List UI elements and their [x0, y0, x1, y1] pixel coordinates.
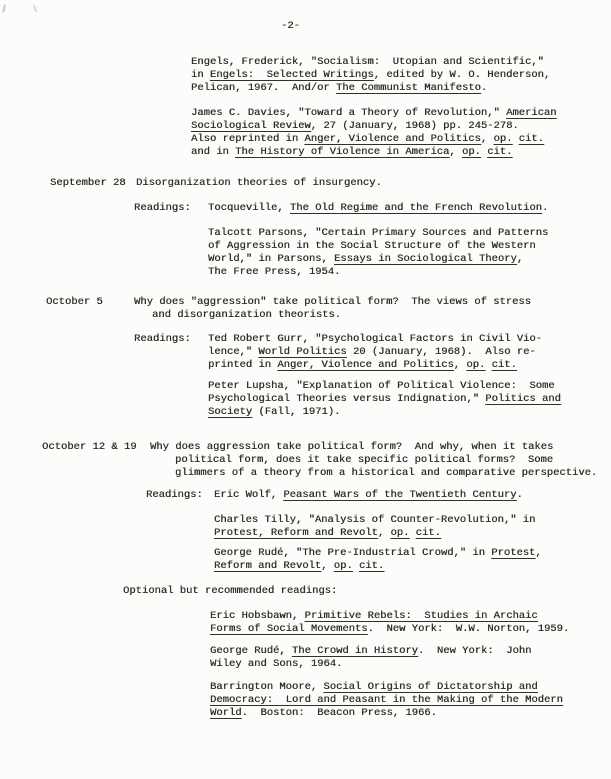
text-line: in Engels: Selected Writings, edited by …: [191, 69, 550, 82]
text-segment: .: [516, 489, 522, 501]
page-number: -2-: [281, 20, 300, 33]
underlined-title: Essays in Sociological Theory: [334, 253, 517, 265]
text-segment: . Boston: Beacon Press, 1966.: [242, 707, 437, 719]
underlined-title: The Old Regime and the French Revolution: [290, 202, 542, 214]
text-line: Pelican, 1967. And/or The Communist Mani…: [191, 82, 550, 95]
underlined-title: cit.: [416, 527, 441, 539]
underlined-title: cit.: [359, 560, 384, 572]
underlined-title: op.: [466, 359, 485, 371]
text-segment: Ted Robert Gurr, "Psychological Factors …: [208, 333, 542, 345]
text-line: glimmers of a theory from a historical a…: [150, 467, 597, 480]
text-line: James C. Davies, "Toward a Theory of Rev…: [191, 107, 556, 120]
text-line: September 28: [50, 177, 126, 190]
underlined-title: American: [506, 107, 556, 119]
text-segment: George Rudé,: [210, 645, 292, 657]
underlined-title: op.: [390, 527, 409, 539]
text-line: Psychological Theories versus Indignatio…: [208, 393, 561, 406]
text-segment: Pelican, 1967. And/or: [191, 82, 336, 94]
underlined-title: The Crowd in History: [292, 645, 418, 657]
text-line: George Rudé, The Crowd in History. New Y…: [210, 645, 531, 658]
text-line: Why does aggression take political form?…: [150, 441, 597, 454]
underlined-title: Society: [208, 406, 252, 418]
text-segment: political form, does it take specific po…: [175, 454, 553, 466]
text-segment: ,: [378, 527, 391, 539]
text-segment: , 27 (January, 1968) pp. 245-278.: [311, 120, 519, 132]
text-segment: Tocqueville,: [208, 202, 290, 214]
session-oct5-topic: Why does "aggression" take political for…: [134, 296, 531, 322]
reading-rude-crowd-preindustrial: George Rudé, "The Pre-Industrial Crowd,"…: [214, 547, 542, 573]
reading-lupsha: Peter Lupsha, "Explanation of Political …: [208, 380, 561, 419]
underlined-title: cit.: [487, 146, 512, 158]
text-segment: ,: [449, 146, 462, 158]
text-segment: of Aggression in the Social Structure of…: [208, 240, 536, 252]
text-segment: Readings:: [134, 202, 191, 214]
underlined-title: Democracy: Lord and Peasant in the Makin…: [210, 694, 563, 706]
underlined-title: Anger, Violence and Politics: [277, 359, 453, 371]
text-segment: George Rudé, "The Pre-Industrial Crowd,"…: [214, 547, 491, 559]
text-segment: Talcott Parsons, "Certain Primary Source…: [208, 227, 548, 239]
text-segment: and disorganization theorists.: [152, 309, 341, 321]
text-line: printed in Anger, Violence and Politics,…: [208, 359, 542, 372]
text-line: Talcott Parsons, "Certain Primary Source…: [208, 227, 548, 240]
session-oct5-date: October 5: [46, 296, 103, 309]
reading-parsons: Talcott Parsons, "Certain Primary Source…: [208, 227, 548, 279]
underlined-title: The History of Violence in America: [235, 146, 449, 158]
text-segment: printed in: [208, 359, 277, 371]
text-segment: Psychological Theories versus Indignatio…: [208, 393, 485, 405]
reading-davies: James C. Davies, "Toward a Theory of Rev…: [191, 107, 556, 159]
text-line: lence," World Politics 20 (January, 1968…: [208, 346, 542, 359]
session-sep28-date: September 28: [50, 177, 126, 190]
text-segment: Peter Lupsha, "Explanation of Political …: [208, 380, 555, 392]
underlined-title: Protest, Reform and Revolt: [214, 527, 378, 539]
text-line: of Aggression in the Social Structure of…: [208, 240, 548, 253]
text-segment: World," in Parsons,: [208, 253, 334, 265]
text-line: Society (Fall, 1971).: [208, 406, 561, 419]
text-segment: .: [542, 202, 548, 214]
scan-artifact: [2, 4, 10, 13]
underlined-title: Reform and Revolt: [214, 560, 321, 572]
text-segment: Why does aggression take political form?…: [150, 441, 553, 453]
text-line: George Rudé, "The Pre-Industrial Crowd,"…: [214, 547, 542, 560]
underlined-title: Engels: Selected Writings: [210, 69, 374, 81]
text-line: World," in Parsons, Essays in Sociologic…: [208, 253, 548, 266]
underlined-title: op.: [462, 146, 481, 158]
underlined-title: Forms of Social Movements: [210, 623, 368, 635]
text-segment: Charles Tilly, "Analysis of Counter-Revo…: [214, 514, 535, 526]
underlined-title: Social Origins of Dictatorship and: [323, 681, 537, 693]
underlined-title: Politics and: [485, 393, 561, 405]
text-segment: in: [191, 69, 210, 81]
text-segment: ,: [454, 359, 467, 371]
session-oct12-topic: Why does aggression take political form?…: [150, 441, 597, 480]
text-line: World. Boston: Beacon Press, 1966.: [210, 707, 563, 720]
text-line: Protest, Reform and Revolt, op. cit.: [214, 527, 535, 540]
text-line: Engels, Frederick, "Socialism: Utopian a…: [191, 56, 550, 69]
text-segment: October 12 & 19: [42, 441, 137, 453]
text-line: Eric Hobsbawn, Primitive Rebels: Studies…: [210, 610, 569, 623]
underlined-title: Protest: [491, 547, 535, 559]
underlined-title: Peasant Wars of the Twentieth Century: [283, 489, 516, 501]
text-line: Why does "aggression" take political for…: [134, 296, 531, 309]
optional-readings-label: Optional but recommended readings:: [123, 585, 337, 598]
underlined-title: Anger, Violence and Politics: [304, 133, 480, 145]
text-line: Reform and Revolt, op. cit.: [214, 560, 542, 573]
text-line: and in The History of Violence in Americ…: [191, 146, 556, 159]
text-line: The Free Press, 1954.: [208, 266, 548, 279]
text-segment: Wiley and Sons, 1964.: [210, 658, 342, 670]
text-line: Readings:: [146, 489, 203, 502]
text-segment: Disorganization theories of insurgency.: [136, 177, 382, 189]
text-segment: ,: [321, 560, 334, 572]
text-line: Also reprinted in Anger, Violence and Po…: [191, 133, 556, 146]
text-line: Optional but recommended readings:: [123, 585, 337, 598]
text-segment: James C. Davies, "Toward a Theory of Rev…: [191, 107, 506, 119]
text-line: Disorganization theories of insurgency.: [136, 177, 382, 190]
underlined-title: Primitive Rebels: Studies in Archaic: [305, 610, 538, 622]
underlined-title: The Communist Manifesto: [336, 82, 481, 94]
reading-gurr: Ted Robert Gurr, "Psychological Factors …: [208, 333, 542, 372]
text-line: October 12 & 19: [42, 441, 137, 454]
text-segment: Eric Wolf,: [214, 489, 283, 501]
text-segment: Why does "aggression" take political for…: [134, 296, 531, 308]
readings-label-oct5: Readings:: [134, 333, 191, 346]
scan-artifact: [33, 3, 41, 12]
underlined-title: cit.: [492, 359, 517, 371]
text-line: Readings:: [134, 202, 191, 215]
underlined-title: cit.: [519, 133, 544, 145]
text-segment: September 28: [50, 177, 126, 189]
text-segment: . New York: W.W. Norton, 1959.: [368, 623, 570, 635]
reading-tilly: Charles Tilly, "Analysis of Counter-Revo…: [214, 514, 535, 540]
text-line: Democracy: Lord and Peasant in the Makin…: [210, 694, 563, 707]
text-segment: Engels, Frederick, "Socialism: Utopian a…: [191, 56, 544, 68]
session-oct12-date: October 12 & 19: [42, 441, 137, 454]
text-segment: Readings:: [134, 333, 191, 345]
text-line: Wiley and Sons, 1964.: [210, 658, 531, 671]
text-line: and disorganization theorists.: [134, 309, 531, 322]
text-segment: . New York: John: [418, 645, 531, 657]
text-segment: October 5: [46, 296, 103, 308]
text-line: Peter Lupsha, "Explanation of Political …: [208, 380, 561, 393]
text-segment: , edited by W. O. Henderson,: [374, 69, 550, 81]
text-segment: 20 (January, 1968). Also re-: [347, 346, 536, 358]
underlined-title: op.: [334, 560, 353, 572]
text-segment: .: [481, 82, 487, 94]
text-line: Charles Tilly, "Analysis of Counter-Revo…: [214, 514, 535, 527]
text-line: October 5: [46, 296, 103, 309]
text-line: Sociological Review, 27 (January, 1968) …: [191, 120, 556, 133]
text-segment: ,: [535, 547, 541, 559]
document-page: -2- Engels, Frederick, "Socialism: Utopi…: [0, 0, 611, 779]
reading-hobsbawm: Eric Hobsbawn, Primitive Rebels: Studies…: [210, 610, 569, 636]
reading-wolf: Eric Wolf, Peasant Wars of the Twentieth…: [214, 489, 523, 502]
session-sep28-topic: Disorganization theories of insurgency.: [136, 177, 382, 190]
text-segment: glimmers of a theory from a historical a…: [175, 467, 597, 479]
underlined-title: World Politics: [258, 346, 346, 358]
underlined-title: op.: [493, 133, 512, 145]
text-line: Readings:: [134, 333, 191, 346]
text-segment: ,: [517, 253, 523, 265]
text-segment: lence,": [208, 346, 258, 358]
text-line: Barrington Moore, Social Origins of Dict…: [210, 681, 563, 694]
text-segment: and in: [191, 146, 235, 158]
reading-engels: Engels, Frederick, "Socialism: Utopian a…: [191, 56, 550, 95]
text-segment: ,: [481, 133, 494, 145]
text-line: Eric Wolf, Peasant Wars of the Twentieth…: [214, 489, 523, 502]
text-line: Tocqueville, The Old Regime and the Fren…: [208, 202, 548, 215]
text-segment: The Free Press, 1954.: [208, 266, 340, 278]
text-segment: (Fall, 1971).: [252, 406, 340, 418]
readings-label-oct12: Readings:: [146, 489, 203, 502]
text-segment: Also reprinted in: [191, 133, 304, 145]
text-line: political form, does it take specific po…: [150, 454, 597, 467]
underlined-title: World: [210, 707, 242, 719]
text-line: Forms of Social Movements. New York: W.W…: [210, 623, 569, 636]
text-segment: Eric Hobsbawn,: [210, 610, 305, 622]
reading-tocqueville: Tocqueville, The Old Regime and the Fren…: [208, 202, 548, 215]
underlined-title: Sociological Review: [191, 120, 311, 132]
text-segment: Optional but recommended readings:: [123, 585, 337, 597]
reading-moore: Barrington Moore, Social Origins of Dict…: [210, 681, 563, 720]
text-segment: Readings:: [146, 489, 203, 501]
text-segment: Barrington Moore,: [210, 681, 323, 693]
readings-label-sep28: Readings:: [134, 202, 191, 215]
reading-rude-crowd-history: George Rudé, The Crowd in History. New Y…: [210, 645, 531, 671]
text-line: Ted Robert Gurr, "Psychological Factors …: [208, 333, 542, 346]
